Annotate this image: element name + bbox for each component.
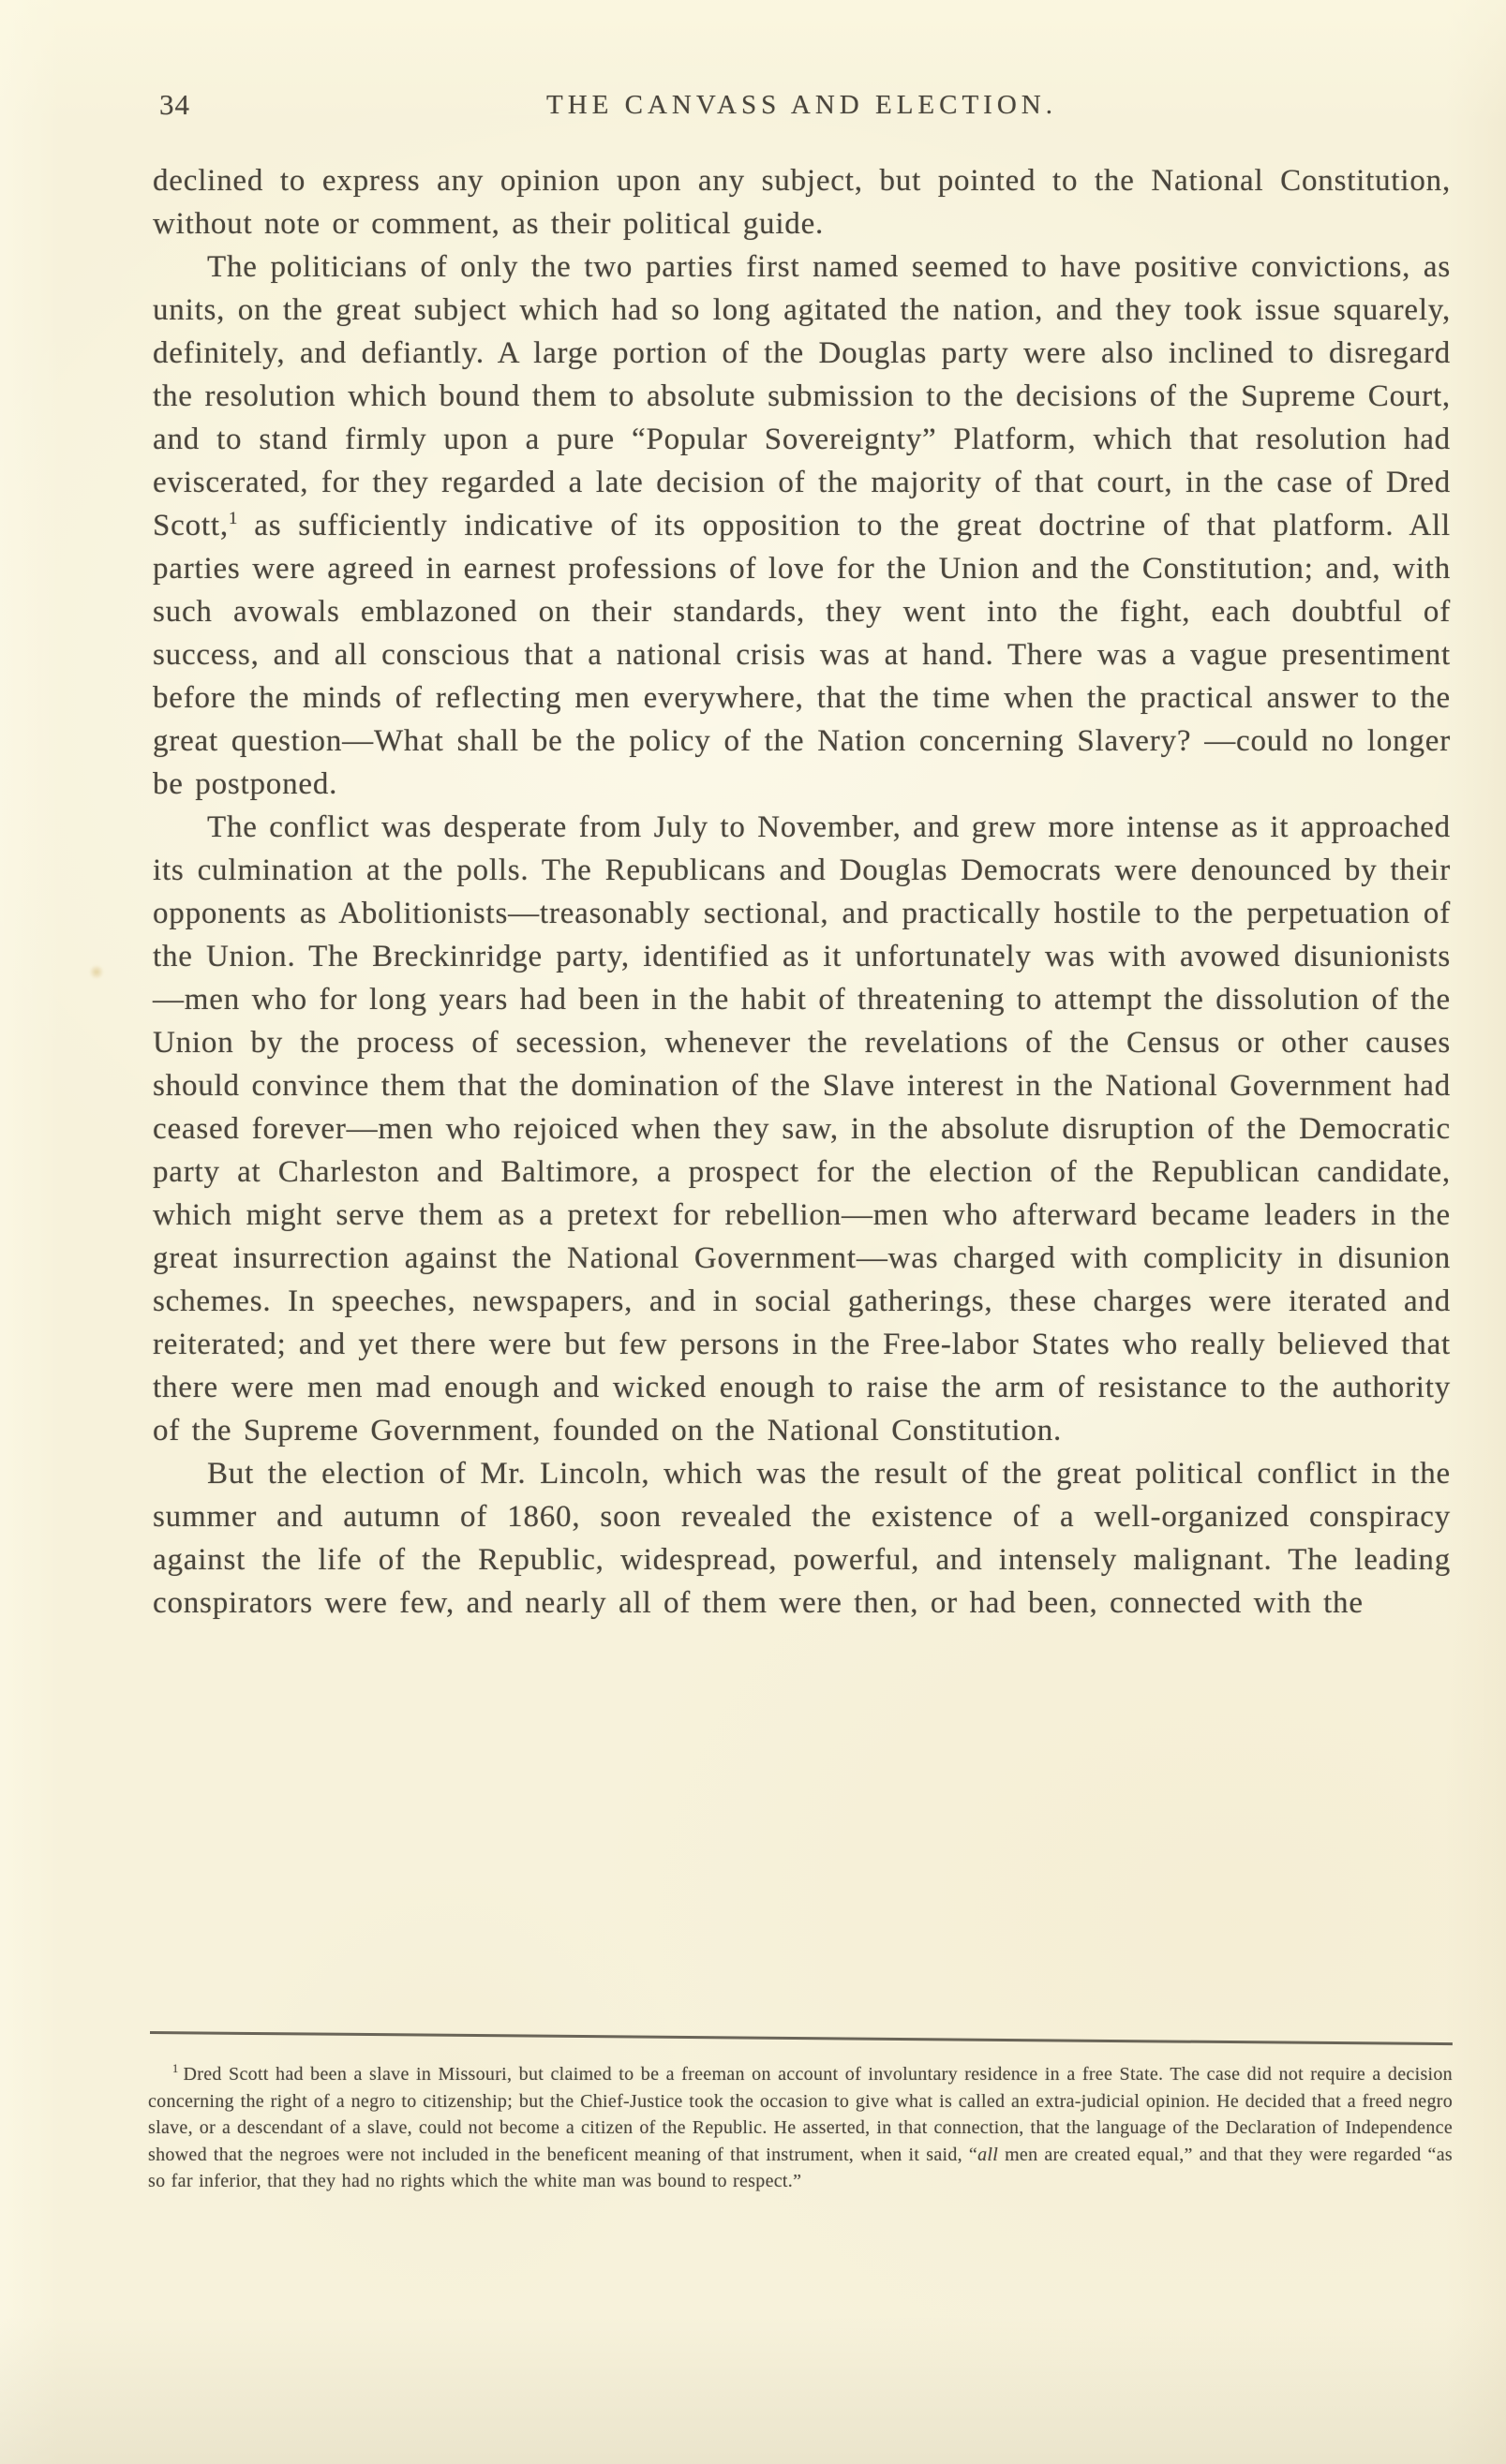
book-page: 34 THE CANVASS AND ELECTION. declined to… <box>0 0 1506 2464</box>
paragraph-2-text-a: The politicians of only the two parties … <box>153 250 1451 542</box>
footnote: 1Dred Scott had been a slave in Missouri… <box>148 2061 1453 2195</box>
paragraph-3: The conflict was desperate from July to … <box>153 806 1451 1452</box>
paragraph-2-text-b: as sufficiently indicative of its opposi… <box>153 509 1451 801</box>
paragraph-2: The politicians of only the two parties … <box>153 245 1451 806</box>
footnote-paragraph: 1Dred Scott had been a slave in Missouri… <box>148 2061 1453 2195</box>
paragraph-4-text: But the election of Mr. Lincoln, which w… <box>153 1457 1451 1620</box>
paragraph-4: But the election of Mr. Lincoln, which w… <box>153 1452 1451 1625</box>
paragraph-1: declined to express any opinion upon any… <box>153 159 1451 245</box>
paragraph-1-text: declined to express any opinion upon any… <box>153 164 1451 241</box>
footnote-rule <box>150 2031 1453 2045</box>
paragraph-3-text: The conflict was desperate from July to … <box>153 810 1451 1447</box>
footnote-italic-word: all <box>977 2145 998 2165</box>
body-text: declined to express any opinion upon any… <box>153 159 1451 1625</box>
paper-stain <box>89 965 104 979</box>
running-head: THE CANVASS AND ELECTION. <box>153 90 1451 121</box>
footnote-marker: 1 <box>172 2062 179 2075</box>
